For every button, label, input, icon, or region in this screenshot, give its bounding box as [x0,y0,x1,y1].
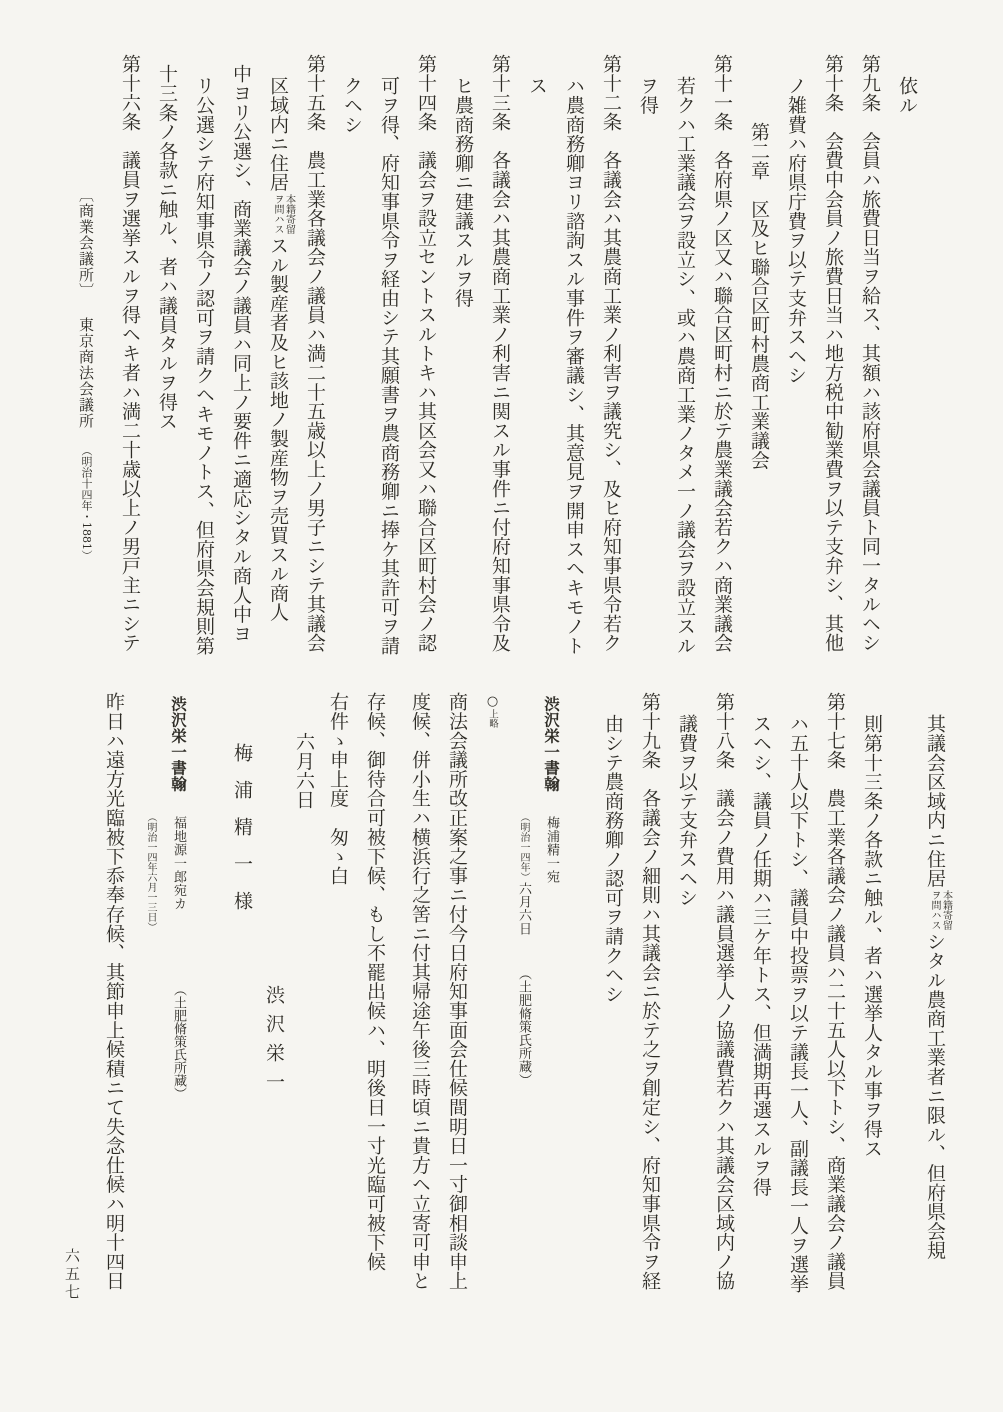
letter2-annotation-column: （明治一四年六月一三日） [142,692,159,1352]
letter1-annotation-column: （明治一四年）六月六日（土肥脩策氏所蔵） [515,692,532,1352]
omission-label: 上略 [487,709,498,728]
article-16-line: 第十六条 議員ヲ選挙スルヲ得ヘキ者ハ満二十歳以上ノ男戸主ニシテ [111,54,148,694]
text-column: 十三条ノ各款ニ触ル、者ハ議員タルヲ得ス [148,54,185,694]
article-19-line: 第十九条 各議会ノ細則ハ其議会ニ於テ之ヲ創定シ、府知事県令ヲ経 [631,692,668,1352]
source-date: （明治十四年・1881） [80,445,93,561]
page-number: 六五七 [62,1248,83,1302]
text-column: ハ五十人以下トシ、議員中投票ヲ以テ議長一人、副議長一人ヲ選挙 [779,692,816,1352]
letter1-recipient: 梅浦精一様 [225,692,259,1352]
article-9-line: 第九条 会員ハ旅費日当ヲ給ス、其額ハ該府県会議員ト同一タルヘシ [851,54,888,694]
letter1-date-note: 六月六日 [516,882,531,935]
article-11-line: 第十一条 各府県ノ区又ハ聯合区町村ニ於テ農業議会若クハ商業議会 [703,54,740,694]
text-column: 議費ヲ以テ支弁スヘシ [668,692,705,1352]
article-17-line: 第十七条 農工業各議会ノ議員ハ二十五人以下トシ、商業議会ノ議員 [816,692,853,1352]
source-attribution: 〔商業会議所〕東京商法会議所（明治十四年・1881） [71,54,101,694]
letter1-closing-date: 六月六日 [289,692,319,1352]
letter2-date-note: （明治一四年六月一三日） [145,812,156,932]
letter1-year-note: （明治一四年） [518,812,529,882]
line-text: シタル農商工業者ニ限ル、但府県会規 [924,932,946,1260]
letter1-body-line: 度候、併小生ハ横浜行之筈ニ付其帰途午後三時頃ニ貴方ヘ立寄可申と [401,692,438,1352]
text-column: 可ヲ得、府知事県令ヲ経由シテ其願書ヲ農商務卿ニ捧ケ其許可ヲ請 [370,54,407,694]
letters-section: 其議会区域内ニ住居本籍寄留ヲ問ハスシタル農商工業者ニ限ル、但府県会規 則第十三条… [95,692,953,1352]
text-column: ハ農商務卿ヨリ諮詢スル事件ヲ審議シ、其意見ヲ開申スヘキモノト [555,54,592,694]
text-column-with-note: 区域内ニ住居本籍寄留ヲ問ハススル製産者及ヒ該地ノ製産物ヲ売買スル商人 [259,54,296,694]
inline-note: 本籍寄留ヲ問ハス [272,194,295,234]
text-column-with-note: 其議会区域内ニ住居本籍寄留ヲ問ハスシタル農商工業者ニ限ル、但府県会規 [916,692,953,1352]
chapter-2-heading: 第二章 区及ヒ聯合区町村農商工業議会 [740,54,777,694]
letter1-signature: 渋沢栄一 [259,692,289,1352]
letter1-ownership-note: （土肥脩策氏所蔵） [516,967,531,1087]
text-column: スヘシ、議員ノ任期ハ三ケ年トス、但満期再選スルヲ得 [742,692,779,1352]
text-column: リ公選シテ府知事県令ノ認可ヲ請クヘキモノトス、但府県会規則第 [185,54,222,694]
omission-circle: ○ [485,694,500,709]
letter1-body-line: 存候、御待合可被下候、もし不罷出候ハ、明後日一寸光臨可被下候 [356,692,393,1352]
letter1-body-line: 右件ゝ申上度 匆ゝ白 [319,692,356,1352]
article-14-line: 第十四条 議会ヲ設立セントスルトキハ其区会又ハ聯合区町村会ノ認 [407,54,444,694]
article-13-line: 第十三条 各議会ハ其農商工業ノ利害ニ関スル事件ニ付府知事県令及 [481,54,518,694]
text-column: 中ヨリ公選シ、商業議会ノ議員ハ同上ノ要件ニ適応シタル商人中ヨ [222,54,259,694]
text-column: ノ雑費ハ府県庁費ヲ以テ支弁スヘシ [777,54,814,694]
text-column: ヒ農商務卿ニ建議スルヲ得 [444,54,481,694]
scanned-document-page: 依ル 第九条 会員ハ旅費日当ヲ給ス、其額ハ該府県会議員ト同一タルヘシ 第十条 会… [0,0,1003,1412]
article-10-line: 第十条 会費中会員ノ旅費日当ハ地方税中勧業費ヲ以テ支弁シ、其他 [814,54,851,694]
omission-marker: ○上略 [481,692,503,1352]
letter2-addressee-note: 福地源一郎宛カ [171,816,186,911]
article-18-line: 第十八条 議会ノ費用ハ議員選挙人ノ協議費若クハ其議会区域内ノ協 [705,692,742,1352]
letter1-heading-column: 渋沢栄一書翰梅浦精一宛 [532,692,570,1352]
letter1-body-line: 商法会議所改正案之事ニ付今日府知事面会仕候間明日一寸御相談申上 [438,692,475,1352]
article-15-line: 第十五条 農工業各議会ノ議員ハ満二十五歳以上ノ男子ニシテ其議会 [296,54,333,694]
line-text: 其議会区域内ニ住居 [924,714,946,888]
line-text: 区域内ニ住居 [267,76,289,192]
text-column: 若クハ工業議会ヲ設立シ、或ハ農商工業ノタメ一ノ議会ヲ設立スル [666,54,703,694]
letter2-ownership-note: （土肥脩策氏所蔵） [171,983,186,1100]
collection-label: 〔商業会議所〕 [77,187,95,299]
source-name: 東京商法会議所 [77,317,95,429]
letter2-heading-column: 渋沢栄一書翰福地源一郎宛カ（土肥脩策氏所蔵） [159,692,197,1352]
text-column: 依ル [888,54,925,694]
text-column: 則第十三条ノ各款ニ触ル、者ハ選挙人タル事ヲ得ス [853,692,890,1352]
letter1-title: 渋沢栄一書翰 [542,696,561,792]
text-column: 由シテ農商務卿ノ認可ヲ請クヘシ [594,692,631,1352]
article-12-line: 第十二条 各議会ハ其農商工業ノ利害ヲ議究シ、及ヒ府知事県令若ク [592,54,629,694]
line-text: スル製産者及ヒ該地ノ製産物ヲ売買スル商人 [267,236,289,622]
text-column: クヘシ [333,54,370,694]
letter1-addressee-note: 梅浦精一宛 [544,816,559,884]
text-column: ス [518,54,555,694]
letter2-title: 渋沢栄一書翰 [169,696,188,792]
regulation-articles-section: 依ル 第九条 会員ハ旅費日当ヲ給ス、其額ハ該府県会議員ト同一タルヘシ 第十条 会… [71,54,925,694]
letter2-body-line: 昨日ハ遠方光臨被下忝奉存候、其節申上候積ニて失念仕候ハ明十四日 [95,692,132,1352]
text-column: ヲ得 [629,54,666,694]
inline-note: 本籍寄留ヲ問ハス [929,890,952,930]
